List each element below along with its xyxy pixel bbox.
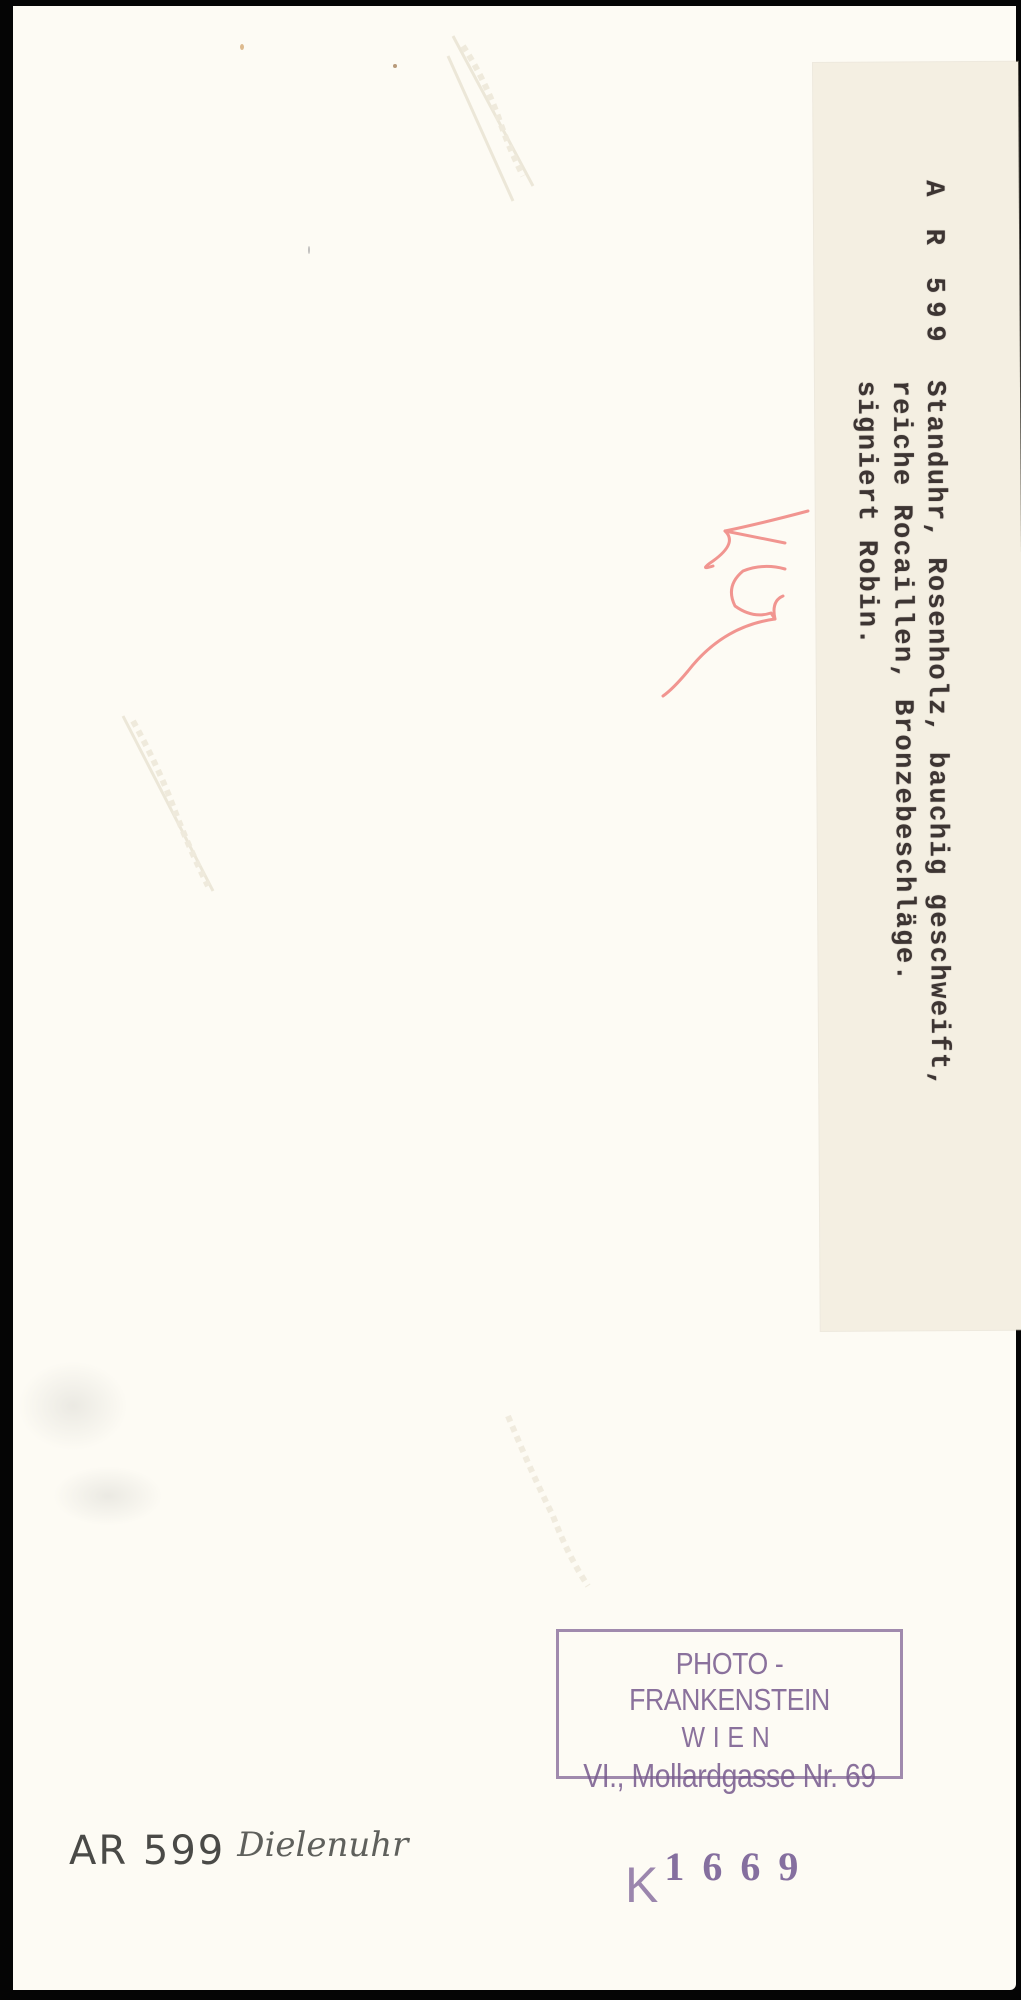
inventory-number-stamp: K1669 bbox=[625, 1834, 816, 1892]
stamp-address: VI., Mollardgasse Nr. 69 bbox=[583, 1757, 876, 1795]
handwritten-reference: AR 599 bbox=[69, 1828, 225, 1874]
stamp-city: WIEN bbox=[583, 1722, 876, 1755]
typed-description-label: A R 599 Standuhr, Rosenholz, bauchig ges… bbox=[813, 62, 1021, 1331]
stamp-studio-name: PHOTO - FRANKENSTEIN bbox=[583, 1646, 876, 1718]
red-pencil-initials bbox=[653, 501, 813, 701]
inventory-digits: 1669 bbox=[664, 1844, 816, 1889]
smudge bbox=[53, 1466, 163, 1526]
description-line-1: Standuhr, Rosenholz, bauchig geschweift, bbox=[919, 380, 953, 1088]
inventory-prefix: K bbox=[625, 1857, 658, 1913]
handwritten-note: AR 599Dielenuhr bbox=[69, 1828, 408, 1874]
smudge bbox=[18, 1361, 128, 1451]
photographer-stamp: PHOTO - FRANKENSTEIN WIEN VI., Mollardga… bbox=[556, 1629, 903, 1779]
show-through-trace-middle bbox=[493, 1396, 603, 1596]
show-through-trace-top bbox=[443, 16, 543, 206]
description-line-3: signiert Robin. bbox=[850, 381, 882, 647]
photo-card-back: A R 599 Standuhr, Rosenholz, bauchig ges… bbox=[13, 6, 1016, 1990]
description-line-2: reiche Rocaillen, Bronzebeschläge. bbox=[885, 380, 919, 982]
handwritten-title: Dielenuhr bbox=[237, 1825, 408, 1865]
archive-reference: A R 599 bbox=[918, 180, 949, 350]
show-through-trace-left bbox=[113, 696, 233, 906]
